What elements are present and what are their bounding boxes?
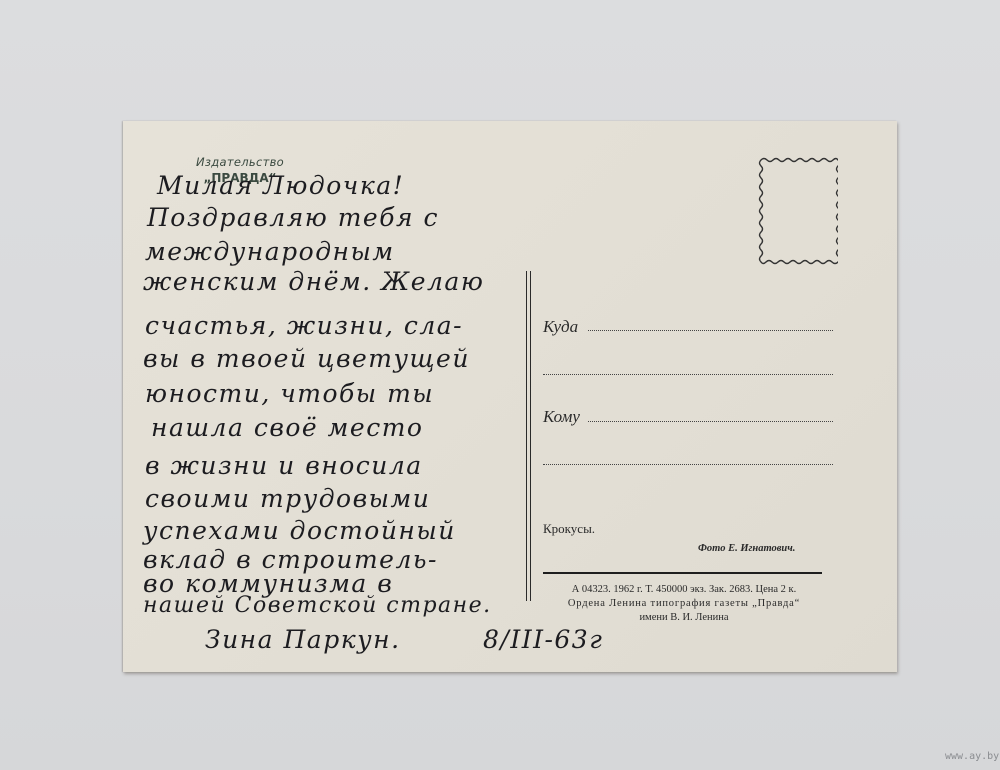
message-line: счастья, жизни, сла- bbox=[145, 311, 463, 340]
to-where-line-2[interactable] bbox=[543, 374, 833, 375]
postcard: Издательство „ПРАВДА“ Милая Людочка! Поз… bbox=[123, 121, 897, 672]
address-divider bbox=[526, 271, 531, 601]
message-line: успехами достойный bbox=[143, 516, 456, 545]
message-line: нашей Советской стране. bbox=[143, 593, 492, 618]
imprint-line-2: Ордена Ленина типография газеты „Правда“ bbox=[533, 597, 835, 611]
message-line: Милая Людочка! bbox=[157, 171, 404, 200]
imprint-line-3: имени В. И. Ленина bbox=[533, 611, 835, 625]
message-line: юности, чтобы ты bbox=[145, 379, 434, 408]
watermark: www.ay.by bbox=[945, 751, 999, 762]
message-line: международным bbox=[145, 237, 395, 266]
photo-title: Крокусы. bbox=[543, 521, 595, 537]
message-line: Поздравляю тебя с bbox=[147, 203, 439, 232]
message-line: в жизни и вносила bbox=[145, 451, 423, 480]
to-whom-line-1[interactable] bbox=[588, 421, 833, 422]
caption-rule bbox=[543, 572, 822, 574]
message-line: нашла своё место bbox=[151, 413, 423, 442]
to-where-line-1[interactable] bbox=[588, 330, 833, 331]
to-where-label: Куда bbox=[543, 317, 578, 337]
to-whom-label: Кому bbox=[543, 407, 580, 427]
photo-credit: Фото Е. Игнатович. bbox=[698, 543, 795, 554]
imprint-line-1: А 04323. 1962 г. Т. 450000 экз. Зак. 268… bbox=[533, 583, 835, 597]
print-imprint: А 04323. 1962 г. Т. 450000 экз. Зак. 268… bbox=[533, 583, 835, 625]
stamp-frame-icon bbox=[758, 157, 838, 265]
message-line: женским днём. Желаю bbox=[143, 267, 484, 296]
date: 8/III-63г bbox=[483, 625, 603, 654]
message-line: вы в твоей цветущей bbox=[143, 344, 470, 373]
to-whom-line-2[interactable] bbox=[543, 464, 833, 465]
message-line: своими трудовыми bbox=[145, 484, 430, 513]
signature: Зина Паркун. bbox=[205, 625, 401, 654]
publisher-label: Издательство bbox=[180, 155, 300, 169]
